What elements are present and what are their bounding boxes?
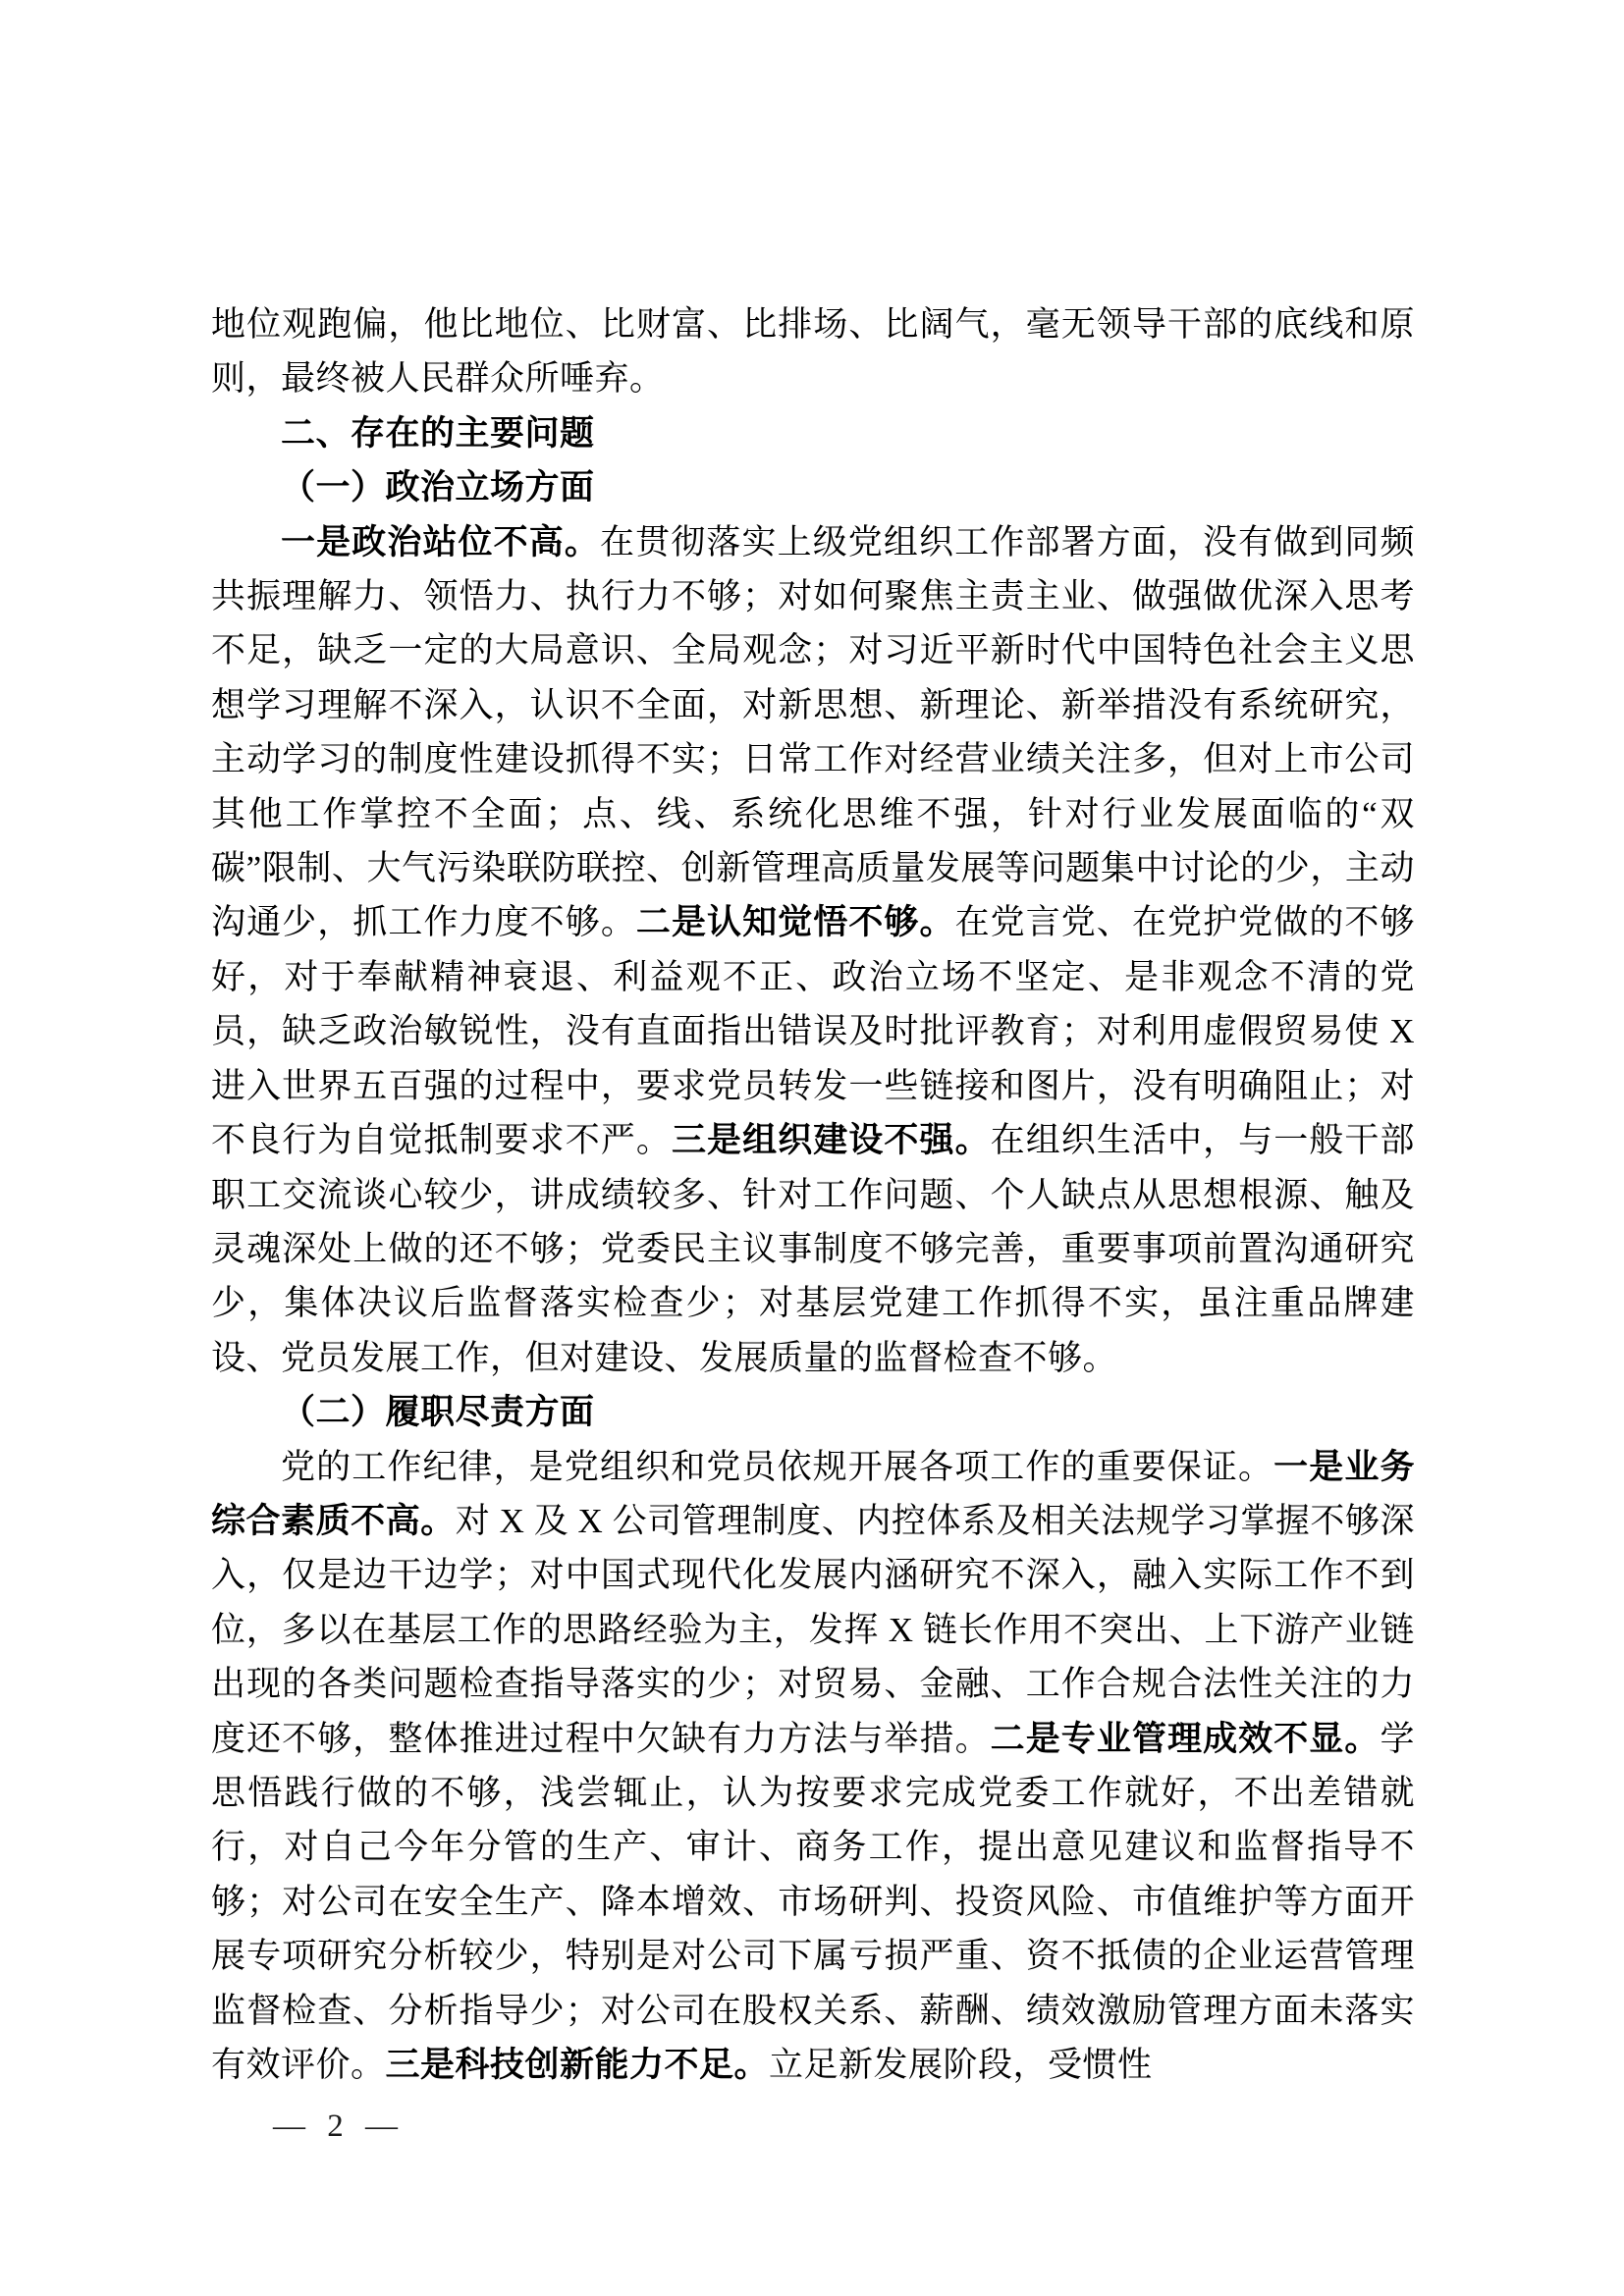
section-heading: 二、存在的主要问题 [211, 406, 1415, 460]
section-heading: （一）政治立场方面 [211, 460, 1415, 514]
bold-text-run: 二是专业管理成效不显。 [991, 1720, 1380, 1758]
section-heading: （二）履职尽责方面 [211, 1385, 1415, 1439]
body-paragraph: 党的工作纪律，是党组织和党员依规开展各项工作的重要保证。一是业务综合素质不高。对… [211, 1440, 1415, 2093]
text-run: 党的工作纪律，是党组织和党员依规开展各项工作的重要保证。 [281, 1448, 1273, 1486]
body-paragraph: 一是政治站位不高。在贯彻落实上级党组织工作部署方面，没有做到同频共振理解力、领悟… [211, 515, 1415, 1386]
bold-text-run: （一）政治立场方面 [281, 468, 595, 507]
text-run: 在贯彻落实上级党组织工作部署方面，没有做到同频共振理解力、领悟力、执行力不够；对… [211, 523, 1415, 942]
bold-text-run: 二、存在的主要问题 [281, 414, 595, 453]
page-number: — 2 — [273, 2109, 405, 2144]
body-paragraph: 地位观跑偏，他比地位、比财富、比排场、比阔气，毫无领导干部的底线和原则，最终被人… [211, 297, 1415, 406]
text-run: 在组织生活中，与一般干部职工交流谈心较少，讲成绩较多、针对工作问题、个人缺点从思… [211, 1121, 1415, 1377]
text-run: 立足新发展阶段，受惯性 [769, 2046, 1153, 2084]
document-page: 地位观跑偏，他比地位、比财富、比排场、比阔气，毫无领导干部的底线和原则，最终被人… [0, 0, 1624, 2296]
text-run: 学思悟践行做的不够，浅尝辄止，认为按要求完成党委工作就好，不出差错就行，对自己今… [211, 1720, 1415, 2084]
bold-text-run: 一是政治站位不高。 [281, 523, 600, 561]
bold-text-run: （二）履职尽责方面 [281, 1393, 595, 1431]
bold-text-run: 三是组织建设不强。 [672, 1121, 991, 1159]
bold-text-run: 三是科技创新能力不足。 [386, 2046, 770, 2084]
text-run: 地位观跑偏，他比地位、比财富、比排场、比阔气，毫无领导干部的底线和原则，最终被人… [211, 305, 1415, 398]
bold-text-run: 二是认知觉悟不够。 [636, 903, 955, 941]
document-body: 地位观跑偏，他比地位、比财富、比排场、比阔气，毫无领导干部的底线和原则，最终被人… [211, 297, 1415, 2092]
page-footer: — 2 — [273, 2109, 405, 2145]
